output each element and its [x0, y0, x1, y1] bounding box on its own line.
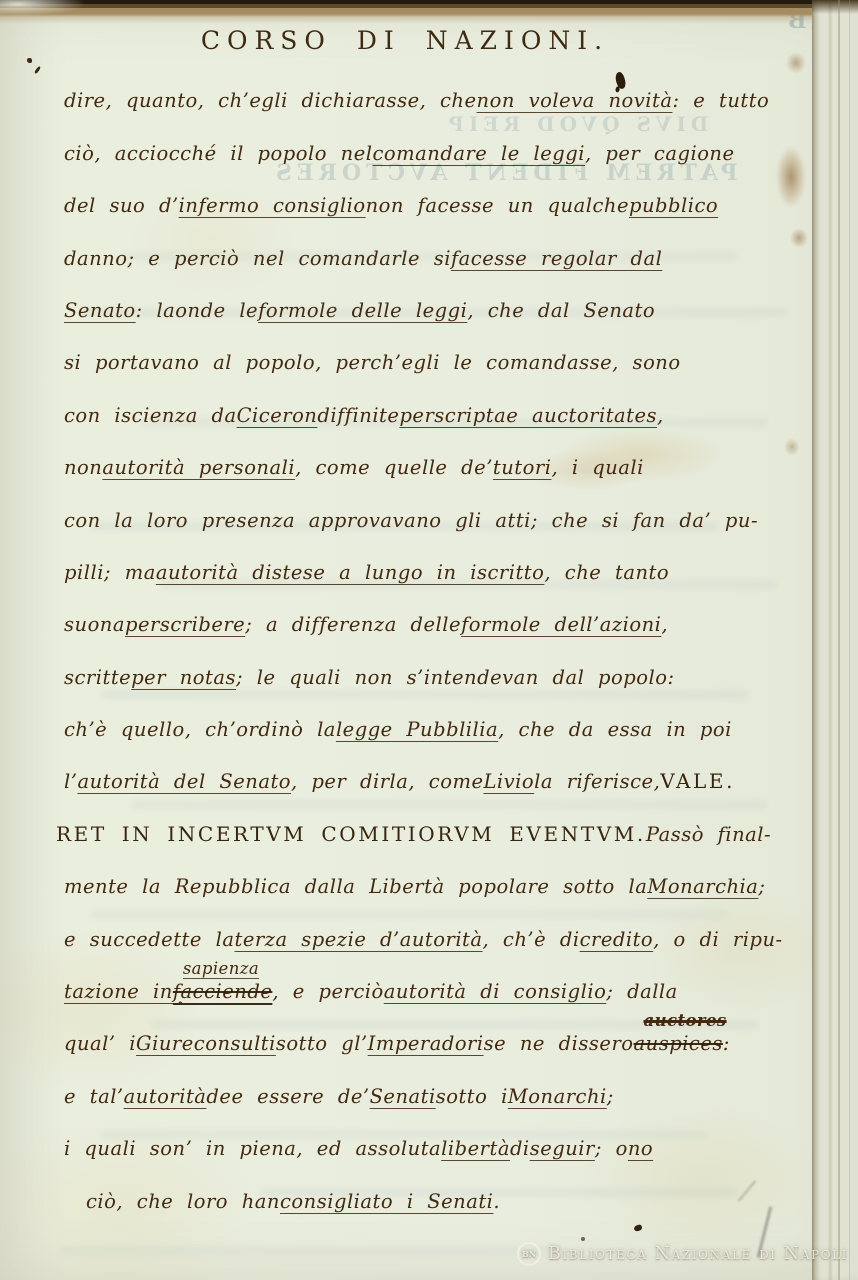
- handwritten-text: sotto gl’: [276, 1032, 368, 1055]
- interlinear-insertion-text: sapienza: [183, 959, 259, 979]
- handwritten-text: legge Pubblilia: [336, 718, 498, 741]
- handwritten-text: infermo consiglio: [179, 194, 366, 217]
- handwritten-text: qual’ i: [64, 1032, 136, 1055]
- page-edge-crease: [838, 0, 840, 1280]
- handwritten-text: ,: [661, 613, 668, 636]
- manuscript-line: l’autorità del Senato, per dirla, come L…: [0, 741, 858, 793]
- latin-capitals-text: VALE.: [660, 769, 735, 793]
- manuscript-content: CORSO DI NAZIONI. dire, quanto, ch’egli …: [0, 0, 858, 1280]
- handwritten-text: .: [493, 1190, 500, 1213]
- manuscript-line: e tal’ autorità dee essere de’ Senati so…: [0, 1055, 858, 1107]
- manuscript-line: ciò, che loro han consigliato i Senati.: [0, 1160, 858, 1212]
- handwritten-text: scritte: [64, 666, 131, 689]
- handwritten-text: ch’è quello, ch’ordinò la: [64, 718, 336, 741]
- handwritten-text: Livio: [483, 770, 534, 793]
- handwritten-text: pilli; ma: [64, 561, 156, 584]
- handwritten-text: Senato: [64, 299, 136, 322]
- handwritten-text: non facesse un qualche: [366, 194, 629, 217]
- handwritten-text: ; o: [595, 1137, 628, 1160]
- manuscript-line: scritte per notas; le quali non s’intend…: [0, 636, 858, 688]
- handwritten-text: Giureconsulti: [136, 1032, 276, 1055]
- handwritten-text: ciò, acciocché il popolo nel: [64, 142, 373, 165]
- manuscript-page: LIB DIVS QVOD REIP PATREM FIDENT AVCTORE…: [0, 0, 858, 1280]
- handwritten-text: dire, quanto, ch’egli dichiarasse, che: [64, 89, 477, 112]
- handwritten-text: e tal’: [64, 1085, 124, 1108]
- manuscript-line: ch’è quello, ch’ordinò la legge Pubblili…: [0, 689, 858, 741]
- handwritten-text: ;: [758, 875, 765, 898]
- handwritten-text: la riferisce,: [534, 770, 660, 793]
- handwritten-text: perscribere: [125, 613, 245, 636]
- handwritten-text: , i quali: [551, 456, 643, 479]
- manuscript-line: non autorità personali, come quelle de’ …: [0, 427, 858, 479]
- handwritten-text: autorità del Senato: [77, 770, 291, 793]
- handwritten-text: :: [723, 1032, 730, 1055]
- handwritten-text: di: [510, 1137, 530, 1160]
- manuscript-lines: dire, quanto, ch’egli dichiarasse, che n…: [0, 60, 858, 1213]
- handwritten-text: : laonde le: [136, 299, 258, 322]
- handwritten-text: Monarchia: [647, 875, 758, 898]
- page-edge-crease: [849, 0, 850, 1280]
- handwritten-text: formole dell’azioni: [461, 613, 661, 636]
- handwritten-text: Monarchi: [508, 1085, 607, 1108]
- handwritten-text: autorità: [124, 1085, 207, 1108]
- interlinear-insertion-text: auctores: [644, 1011, 727, 1030]
- handwritten-text: tazione in: [64, 980, 173, 1003]
- handwritten-text: libertà: [441, 1137, 510, 1160]
- handwritten-text: , e perciò: [272, 980, 383, 1003]
- handwritten-text: se ne dissero: [484, 1032, 634, 1055]
- handwritten-text: autorità personali: [102, 456, 295, 479]
- handwritten-text: danno; e perciò nel comandarle si: [64, 247, 451, 270]
- handwritten-text: ; a differenza delle: [245, 613, 461, 636]
- library-watermark: BN Biblioteca Nazionale di Napoli: [517, 1242, 848, 1266]
- handwritten-text: autorità distese a lungo in iscritto: [156, 561, 545, 584]
- handwritten-text: Passò final-: [646, 823, 771, 846]
- page-stack-shadow: [812, 0, 858, 14]
- handwritten-text: e succedette la: [64, 928, 234, 951]
- page-title: CORSO DI NAZIONI.: [0, 26, 810, 55]
- handwritten-text: consigliato i Senati: [280, 1190, 493, 1213]
- handwritten-text: dee essere de’: [206, 1085, 369, 1108]
- handwritten-text: l’: [64, 770, 77, 793]
- interlinear-correction: auctoresauspices: [634, 1032, 723, 1055]
- handwritten-text: Imperadori: [368, 1032, 484, 1055]
- handwritten-text: ;: [607, 1085, 614, 1108]
- ink-speck: [581, 1237, 585, 1241]
- handwritten-text: i quali son’ in piena, ed assoluta: [64, 1137, 441, 1160]
- handwritten-text: comandare le leggi: [373, 142, 585, 165]
- handwritten-text: , o di ripu-: [653, 928, 782, 951]
- handwritten-text: , che dal Senato: [467, 299, 655, 322]
- handwritten-text: Senati: [370, 1085, 436, 1108]
- handwritten-text: , che tanto: [544, 561, 669, 584]
- manuscript-line: con iscienza da Ciceron diffinite perscr…: [0, 374, 858, 426]
- manuscript-line: del suo d’infermo consiglio non facesse …: [0, 165, 858, 217]
- handwritten-text: non: [64, 456, 102, 479]
- handwritten-text: : e tutto: [672, 89, 769, 112]
- handwritten-text: no: [628, 1137, 653, 1160]
- handwritten-text: credito: [580, 928, 654, 951]
- handwritten-text: ciò, che loro han: [86, 1190, 280, 1213]
- manuscript-line: mente la Repubblica dalla Libertà popola…: [0, 846, 858, 898]
- binding-top-edge: [0, 0, 814, 24]
- handwritten-text: ; le quali non s’intendevan dal popolo:: [236, 666, 675, 689]
- handwritten-text: terza spezie d’autorità: [234, 928, 482, 951]
- manuscript-line: e succedette la terza spezie d’autorità,…: [0, 898, 858, 950]
- manuscript-line: RET IN INCERTVM COMITIORVM EVENTVM. Pass…: [0, 793, 858, 845]
- handwritten-text: facesse regolar dal: [451, 247, 662, 270]
- handwritten-text: , come quelle de’: [295, 456, 493, 479]
- library-watermark-label: Biblioteca Nazionale di Napoli: [548, 1244, 848, 1264]
- handwritten-text: suona: [64, 613, 125, 636]
- handwritten-text: facciende: [173, 980, 273, 1003]
- handwritten-text: con la loro presenza approvavano gli att…: [64, 509, 758, 532]
- handwritten-text: pubblico: [629, 194, 718, 217]
- latin-capitals-text: RET IN INCERTVM COMITIORVM EVENTVM.: [56, 822, 646, 846]
- handwritten-text: mente la Repubblica dalla Libertà popola…: [64, 875, 647, 898]
- handwritten-text: ,: [657, 404, 664, 427]
- handwritten-text: , per dirla, come: [291, 770, 483, 793]
- handwritten-text: tutori: [493, 456, 552, 479]
- handwritten-text: , ch’è di: [483, 928, 580, 951]
- handwritten-text: , per cagione: [585, 142, 735, 165]
- manuscript-line: tazione in sapienza^facciende, e perciò …: [0, 951, 858, 1003]
- manuscript-line: dire, quanto, ch’egli dichiarasse, che n…: [0, 60, 858, 112]
- handwritten-text: Ciceron: [237, 404, 318, 427]
- manuscript-line: ciò, acciocché il popolo nel comandare l…: [0, 112, 858, 164]
- library-logo-icon: BN: [517, 1242, 541, 1266]
- handwritten-text: seguir: [530, 1137, 595, 1160]
- interlinear-correction: sapienza^facciende: [173, 980, 273, 1003]
- handwritten-text: con iscienza da: [64, 404, 237, 427]
- manuscript-line: danno; e perciò nel comandarle si facess…: [0, 217, 858, 269]
- handwritten-text: autorità di consiglio: [384, 980, 607, 1003]
- handwritten-text: per notas: [131, 666, 236, 689]
- page-stack-edge: [812, 0, 858, 1280]
- handwritten-text: sotto i: [436, 1085, 508, 1108]
- manuscript-line: i quali son’ in piena, ed assoluta liber…: [0, 1108, 858, 1160]
- manuscript-line: pilli; ma autorità distese a lungo in is…: [0, 532, 858, 584]
- handwritten-text: , che da essa in poi: [498, 718, 732, 741]
- handwritten-text: si portavano al popolo, perch’egli le co…: [64, 351, 681, 374]
- page-corner-highlight: [0, 0, 120, 20]
- ink-speck: [27, 58, 32, 63]
- manuscript-line: Senato: laonde le formole delle leggi, c…: [0, 270, 858, 322]
- handwritten-text: perscriptae auctoritates: [399, 404, 657, 427]
- handwritten-text: formole delle leggi: [258, 299, 467, 322]
- handwritten-text: auspices: [634, 1032, 723, 1055]
- handwritten-text: del suo d’: [64, 194, 179, 217]
- handwritten-text: non voleva novità: [477, 89, 673, 112]
- manuscript-line: suona perscribere; a differenza delle fo…: [0, 584, 858, 636]
- manuscript-line: si portavano al popolo, perch’egli le co…: [0, 322, 858, 374]
- manuscript-line: qual’ i Giureconsulti sotto gl’Imperador…: [0, 1003, 858, 1055]
- handwritten-text: ; dalla: [606, 980, 677, 1003]
- handwritten-text: diffinite: [317, 404, 399, 427]
- manuscript-line: con la loro presenza approvavano gli att…: [0, 479, 858, 531]
